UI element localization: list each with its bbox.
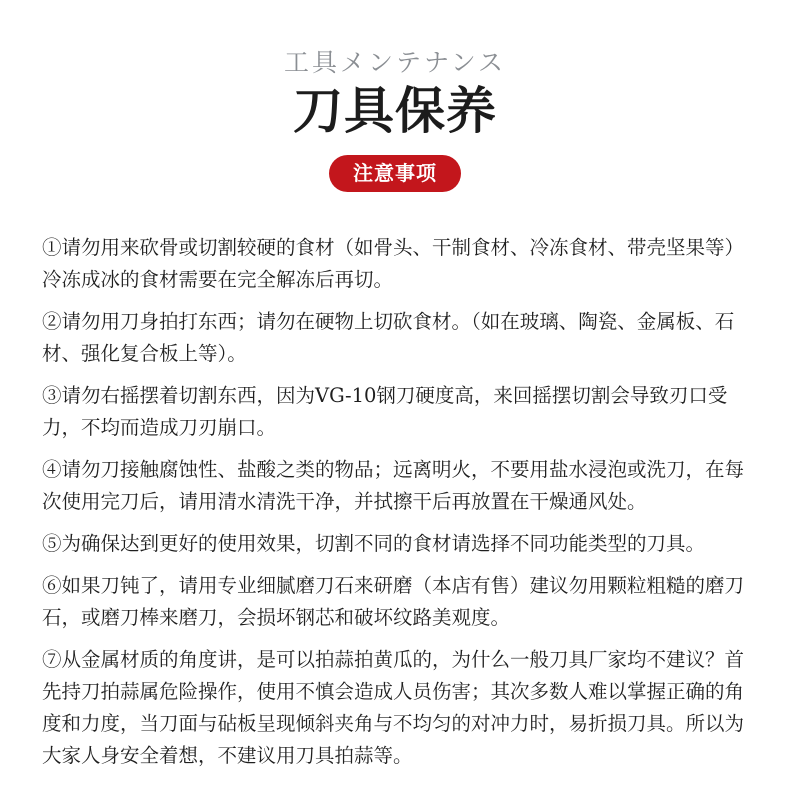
note-item-6: ⑥如果刀钝了，请用专业细腻磨刀石来研磨（本店有售）建议勿用颗粒粗糙的磨刀石，或磨… <box>42 570 748 634</box>
note-item-1: ①请勿用来砍骨或切割较硬的食材（如骨头、干制食材、冷冻食材、带壳坚果等）冷冻成冰… <box>42 232 748 296</box>
note-item-3: ③请勿右摇摆着切割东西，因为VG-10钢刀硬度高，来回摇摆切割会导致刃口受力，不… <box>42 380 748 444</box>
page-header: 工具メンテナンス 刀具保养 注意事项 <box>0 0 790 192</box>
knife-care-notice-page: 工具メンテナンス 刀具保养 注意事项 ①请勿用来砍骨或切割较硬的食材（如骨头、干… <box>0 0 790 793</box>
page-title: 刀具保养 <box>0 85 790 138</box>
note-item-2: ②请勿用刀身拍打东西；请勿在硬物上切砍食材。（如在玻璃、陶瓷、金属板、石材、强化… <box>42 306 748 370</box>
notice-badge: 注意事项 <box>329 155 461 192</box>
subtitle-japanese: 工具メンテナンス <box>0 50 790 75</box>
care-notes-list: ①请勿用来砍骨或切割较硬的食材（如骨头、干制食材、冷冻食材、带壳坚果等）冷冻成冰… <box>42 232 748 772</box>
note-item-5: ⑤为确保达到更好的使用效果，切割不同的食材请选择不同功能类型的刀具。 <box>42 528 748 560</box>
note-item-7: ⑦从金属材质的角度讲，是可以拍蒜拍黄瓜的，为什么一般刀具厂家均不建议？首先持刀拍… <box>42 644 748 772</box>
note-item-4: ④请勿刀接触腐蚀性、盐酸之类的物品；远离明火，不要用盐水浸泡或洗刀，在每次使用完… <box>42 454 748 518</box>
